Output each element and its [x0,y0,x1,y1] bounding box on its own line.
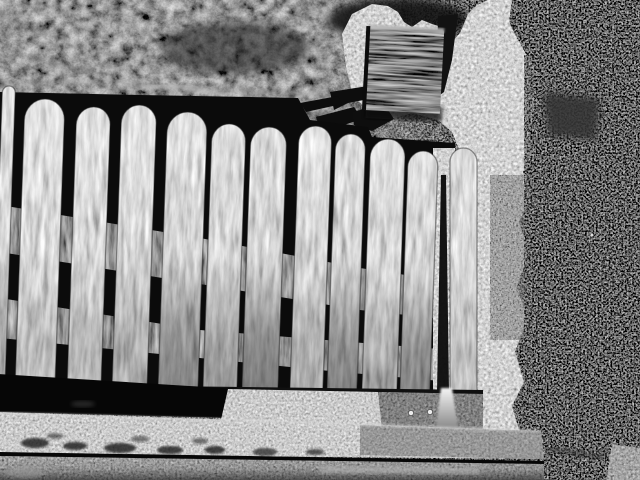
bolt-cap [408,410,413,415]
wood-block [362,24,447,122]
wall-gray-patch [543,92,600,140]
photo-stage: ©© [0,0,640,480]
wall-dark-blotch [160,22,310,74]
bolt-cap [427,409,432,414]
fence-picket [450,148,477,392]
fence-photo: ©© [0,0,640,480]
block-face [364,26,444,114]
base-light-blob [5,466,45,478]
wall-glint [591,234,594,237]
shadow-gap-glint [71,401,95,407]
watermark: ©© [595,448,611,458]
